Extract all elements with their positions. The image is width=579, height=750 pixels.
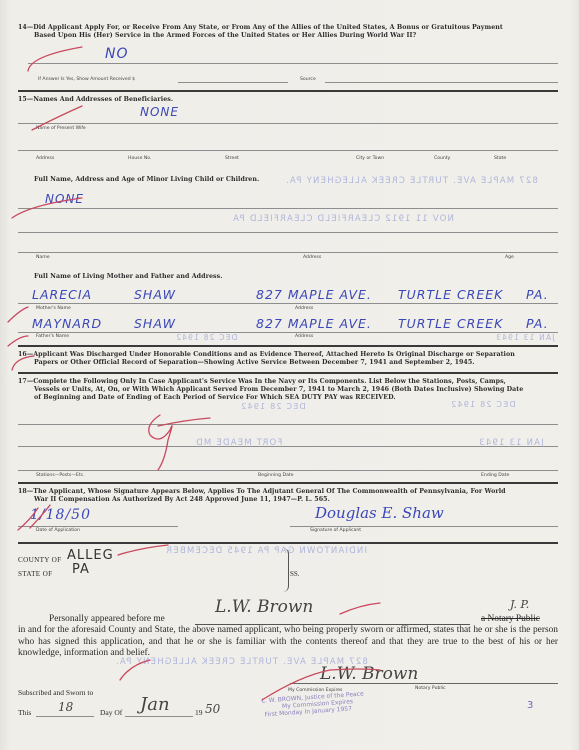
ss-mark: SS. <box>290 570 300 578</box>
mother-city[interactable]: TURTLE CREEK <box>398 287 503 302</box>
state-value[interactable]: PA <box>72 562 90 577</box>
bleed-through-text: 827 MAPLE AVE. TURTLE CREEK ALLEGHENY PA… <box>115 657 368 667</box>
stations-line-3 <box>18 470 558 471</box>
this-label: This <box>18 708 31 717</box>
wife-label: Name of Present Wife <box>36 126 86 131</box>
child-age-label: Age <box>505 255 514 260</box>
mother-address-label: Address <box>295 306 313 311</box>
notary-signature[interactable]: L.W. Brown <box>320 664 418 684</box>
father-line <box>18 332 558 333</box>
appeared-prefix: Personally appeared before me <box>49 614 165 626</box>
father-last-name[interactable]: SHAW <box>134 316 176 331</box>
mother-label: Mother's Name <box>36 306 71 311</box>
bleed-through-text: JAN 13 1943 <box>495 333 554 342</box>
source-line[interactable] <box>325 82 558 83</box>
corner-mark: 3 <box>527 700 533 711</box>
father-city[interactable]: TURTLE CREEK <box>398 316 503 331</box>
county-value[interactable]: ALLEG <box>67 548 114 563</box>
parents-heading: Full Name of Living Mother and Father an… <box>34 273 222 281</box>
notary-name-signature[interactable]: L.W. Brown <box>215 597 313 617</box>
beginning-date-label: Beginning Date <box>258 473 294 478</box>
year-value[interactable]: 50 <box>205 702 220 716</box>
year-prefix: 19 <box>195 708 203 717</box>
date-label: Date of Application <box>36 528 80 533</box>
q14-number: 14 <box>18 24 27 31</box>
child-name-label: Name <box>36 255 50 260</box>
address-line <box>18 150 558 151</box>
bleed-through-text: DEC 28 1942 <box>175 333 237 342</box>
oath-text: in and for the aforesaid County and Stat… <box>18 625 558 660</box>
section-divider <box>18 482 558 484</box>
section-divider <box>18 345 558 347</box>
children-answer[interactable]: NONE <box>45 192 84 206</box>
children-line-1 <box>18 208 558 209</box>
amount-received-label: If Answer Is Yes, Show Amount Received $ <box>38 77 135 82</box>
source-label: Source <box>300 77 316 82</box>
q14-answer-line <box>28 63 558 64</box>
bleed-through-text: INDIANTOWN GAP PA 1945 DECEMBER <box>165 546 367 556</box>
day-of-label: Day Of <box>100 708 122 717</box>
bleed-through-text: DEC 28 1942 <box>450 400 516 409</box>
application-date[interactable]: 1/18/50 <box>30 507 91 523</box>
q16-statement: 16—Applicant Was Discharged Under Honora… <box>18 351 563 367</box>
date-line <box>18 526 178 527</box>
q14-text: —Did Applicant Apply For, or Receive Fro… <box>27 24 503 31</box>
q14-question: 14—Did Applicant Apply For, or Receive F… <box>18 24 563 40</box>
section-divider <box>18 372 558 374</box>
notary-stamp: L. W. BROWN, Justice of the Peace My Com… <box>261 690 364 718</box>
wife-line <box>18 123 558 124</box>
children-line-2 <box>18 232 558 233</box>
ending-date-label: Ending Date <box>481 473 509 478</box>
mother-last-name[interactable]: SHAW <box>134 287 176 302</box>
q14-text2: Based Upon His (Her) Service in the Arme… <box>18 32 416 39</box>
notary-signature-line <box>290 683 558 684</box>
house-no-label: House No. <box>128 156 151 161</box>
state-label: STATE OF <box>18 570 52 578</box>
signature-line <box>290 526 558 527</box>
section-divider <box>18 90 558 92</box>
wife-answer[interactable]: NONE <box>140 105 179 119</box>
signature-label: Signature of Applicant <box>310 528 361 533</box>
q17-question: 17—Complete the Following Only In Case A… <box>18 378 563 403</box>
day-line <box>36 716 94 717</box>
mother-state[interactable]: PA. <box>526 287 549 302</box>
q15-heading: 15—Names And Addresses of Beneficiaries. <box>18 96 173 104</box>
father-first-name[interactable]: MAYNARD <box>32 316 102 331</box>
section-divider <box>18 542 558 544</box>
city-label: City or Town <box>356 156 384 161</box>
street-label: Street <box>225 156 239 161</box>
subscribed-label: Subscribed and Sworn to <box>18 688 93 697</box>
q18-statement: 18—The Applicant, Whose Signature Appear… <box>18 488 563 504</box>
document-page: 14—Did Applicant Apply For, or Receive F… <box>0 0 579 750</box>
day-value[interactable]: 18 <box>58 700 73 714</box>
jp-mark: J. P. <box>510 598 529 611</box>
children-heading: Full Name, Address and Age of Minor Livi… <box>34 176 259 184</box>
applicant-signature[interactable]: Douglas E. Shaw <box>315 504 444 522</box>
child-address-label: Address <box>303 255 321 260</box>
bleed-through-text: DEC 28 1942 <box>240 402 306 411</box>
bleed-through-text: JAN 13 1943 <box>478 438 544 448</box>
mother-first-name[interactable]: LARECIA <box>32 287 92 302</box>
address-label: Address <box>36 156 54 161</box>
father-address-label: Address <box>295 334 313 339</box>
father-label: Father's Name <box>36 334 69 339</box>
father-address[interactable]: 827 MAPLE AVE. <box>256 316 372 331</box>
county-label: County <box>434 156 450 161</box>
state-label: State <box>494 156 506 161</box>
amount-line[interactable] <box>178 82 288 83</box>
stations-line-1 <box>18 424 558 425</box>
mother-address[interactable]: 827 MAPLE AVE. <box>256 287 372 302</box>
bleed-through-text: FORT MEADE MD <box>195 438 282 448</box>
q14-answer[interactable]: NO <box>105 46 129 62</box>
stations-label: Stations—Posts—Etc. <box>36 473 85 478</box>
bleed-through-text: 827 MAPLE AVE. TURTLE CREEK ALLEGHENY PA… <box>285 176 538 186</box>
month-line <box>125 716 193 717</box>
bleed-through-text: NOV 11 1912 CLEARFIELD CLEARFIELD PA <box>232 214 454 224</box>
mother-line <box>18 303 558 304</box>
children-line-3 <box>18 252 558 253</box>
county-label: COUNTY OF <box>18 556 61 564</box>
notary-suffix: a Notary Public <box>481 614 540 626</box>
father-state[interactable]: PA. <box>526 316 549 331</box>
notary-public-label: Notary Public <box>415 686 446 691</box>
month-value[interactable]: Jan <box>140 694 170 715</box>
